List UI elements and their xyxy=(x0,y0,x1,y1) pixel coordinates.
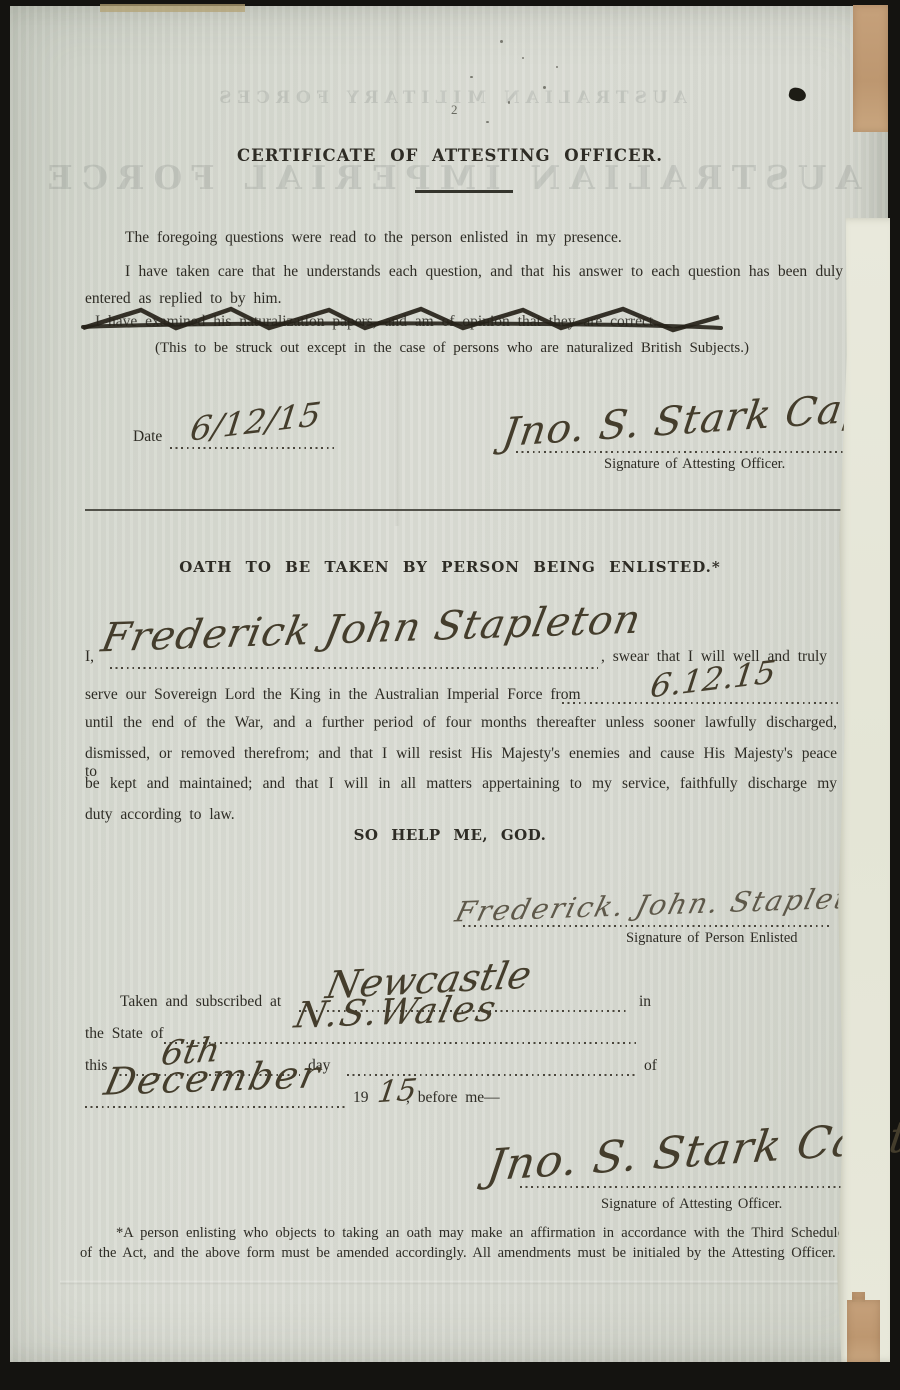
crease-vertical xyxy=(394,6,400,526)
oath-body-line: dismissed, or removed therefrom; and tha… xyxy=(85,745,837,776)
bleedthrough-small-line: AUSTRALIAN MILITARY FORCES xyxy=(0,88,900,108)
stain-speck xyxy=(470,76,473,78)
taken-label: Taken and subscribed at xyxy=(120,993,281,1011)
month-line-dotted xyxy=(85,1106,347,1108)
footnote: *A person enlisting who objects to takin… xyxy=(80,1224,844,1263)
state-handwritten: N.S.Wales xyxy=(291,989,501,1037)
tape-bottom-right-notch xyxy=(852,1292,865,1302)
top-edge-tape-sliver xyxy=(100,4,245,12)
year-prefix: 19 xyxy=(353,1089,369,1107)
attesting-officer-signature-label-1: Signature of Attesting Officer. xyxy=(604,456,785,473)
of-label: of xyxy=(644,1057,657,1075)
oath-body-line: be kept and maintained; and that I will … xyxy=(85,775,837,806)
state-label: the State of xyxy=(85,1025,164,1043)
date-label: Date xyxy=(133,428,162,446)
signature-dotted-line-2 xyxy=(520,1186,858,1188)
title-rule xyxy=(415,190,513,193)
oath-body-line: duty according to law. xyxy=(85,806,837,824)
stain-speck xyxy=(500,40,503,43)
oath-body-line: until the end of the War, and a further … xyxy=(85,714,837,745)
struck-note: (This to be struck out except in the cas… xyxy=(155,340,749,357)
section-rule xyxy=(85,509,842,511)
scanned-enlistment-document: AUSTRALIAN MILITARY FORCES AUSTRALIAN IM… xyxy=(0,0,900,1390)
this-label: this xyxy=(85,1057,107,1075)
attesting-officer-signature-label-2: Signature of Attesting Officer. xyxy=(601,1196,782,1213)
tape-top-right xyxy=(853,5,888,132)
stain-speck xyxy=(508,101,510,104)
struck-out-line: I have examined his naturalization paper… xyxy=(95,313,745,331)
stain-speck xyxy=(486,121,489,123)
person-enlisted-signature-label: Signature of Person Enlisted xyxy=(626,930,798,947)
certificate-title: CERTIFICATE OF ATTESTING OFFICER. xyxy=(0,146,900,165)
strikethrough-scribble xyxy=(81,301,731,341)
oath-name-dotted-line xyxy=(110,667,598,669)
crease-horizontal xyxy=(60,1280,860,1285)
stain-speck xyxy=(543,86,546,89)
before-me-label: , before me— xyxy=(406,1089,500,1107)
state-dotted-line xyxy=(164,1042,640,1044)
month-handwritten: December xyxy=(100,1052,325,1103)
person-signature-dotted-line xyxy=(463,925,831,927)
stain-speck xyxy=(522,57,524,59)
oath-i-label: I, xyxy=(85,648,94,666)
oath-body: until the end of the War, and a further … xyxy=(85,714,837,824)
oath-heading: OATH TO BE TAKEN BY PERSON BEING ENLISTE… xyxy=(0,558,900,576)
in-label: in xyxy=(639,993,651,1011)
oath-from-dotted-line xyxy=(562,702,840,704)
page-number: 2 xyxy=(451,102,458,118)
tape-bottom-right xyxy=(847,1300,880,1362)
oath-line2-text: serve our Sovereign Lord the King in the… xyxy=(85,686,581,704)
certificate-paragraph-1: The foregoing questions were read to the… xyxy=(85,229,843,247)
stain-speck xyxy=(556,66,558,68)
so-help-me-god: SO HELP ME, GOD. xyxy=(0,826,900,844)
signature-dotted-line-1 xyxy=(516,451,848,453)
